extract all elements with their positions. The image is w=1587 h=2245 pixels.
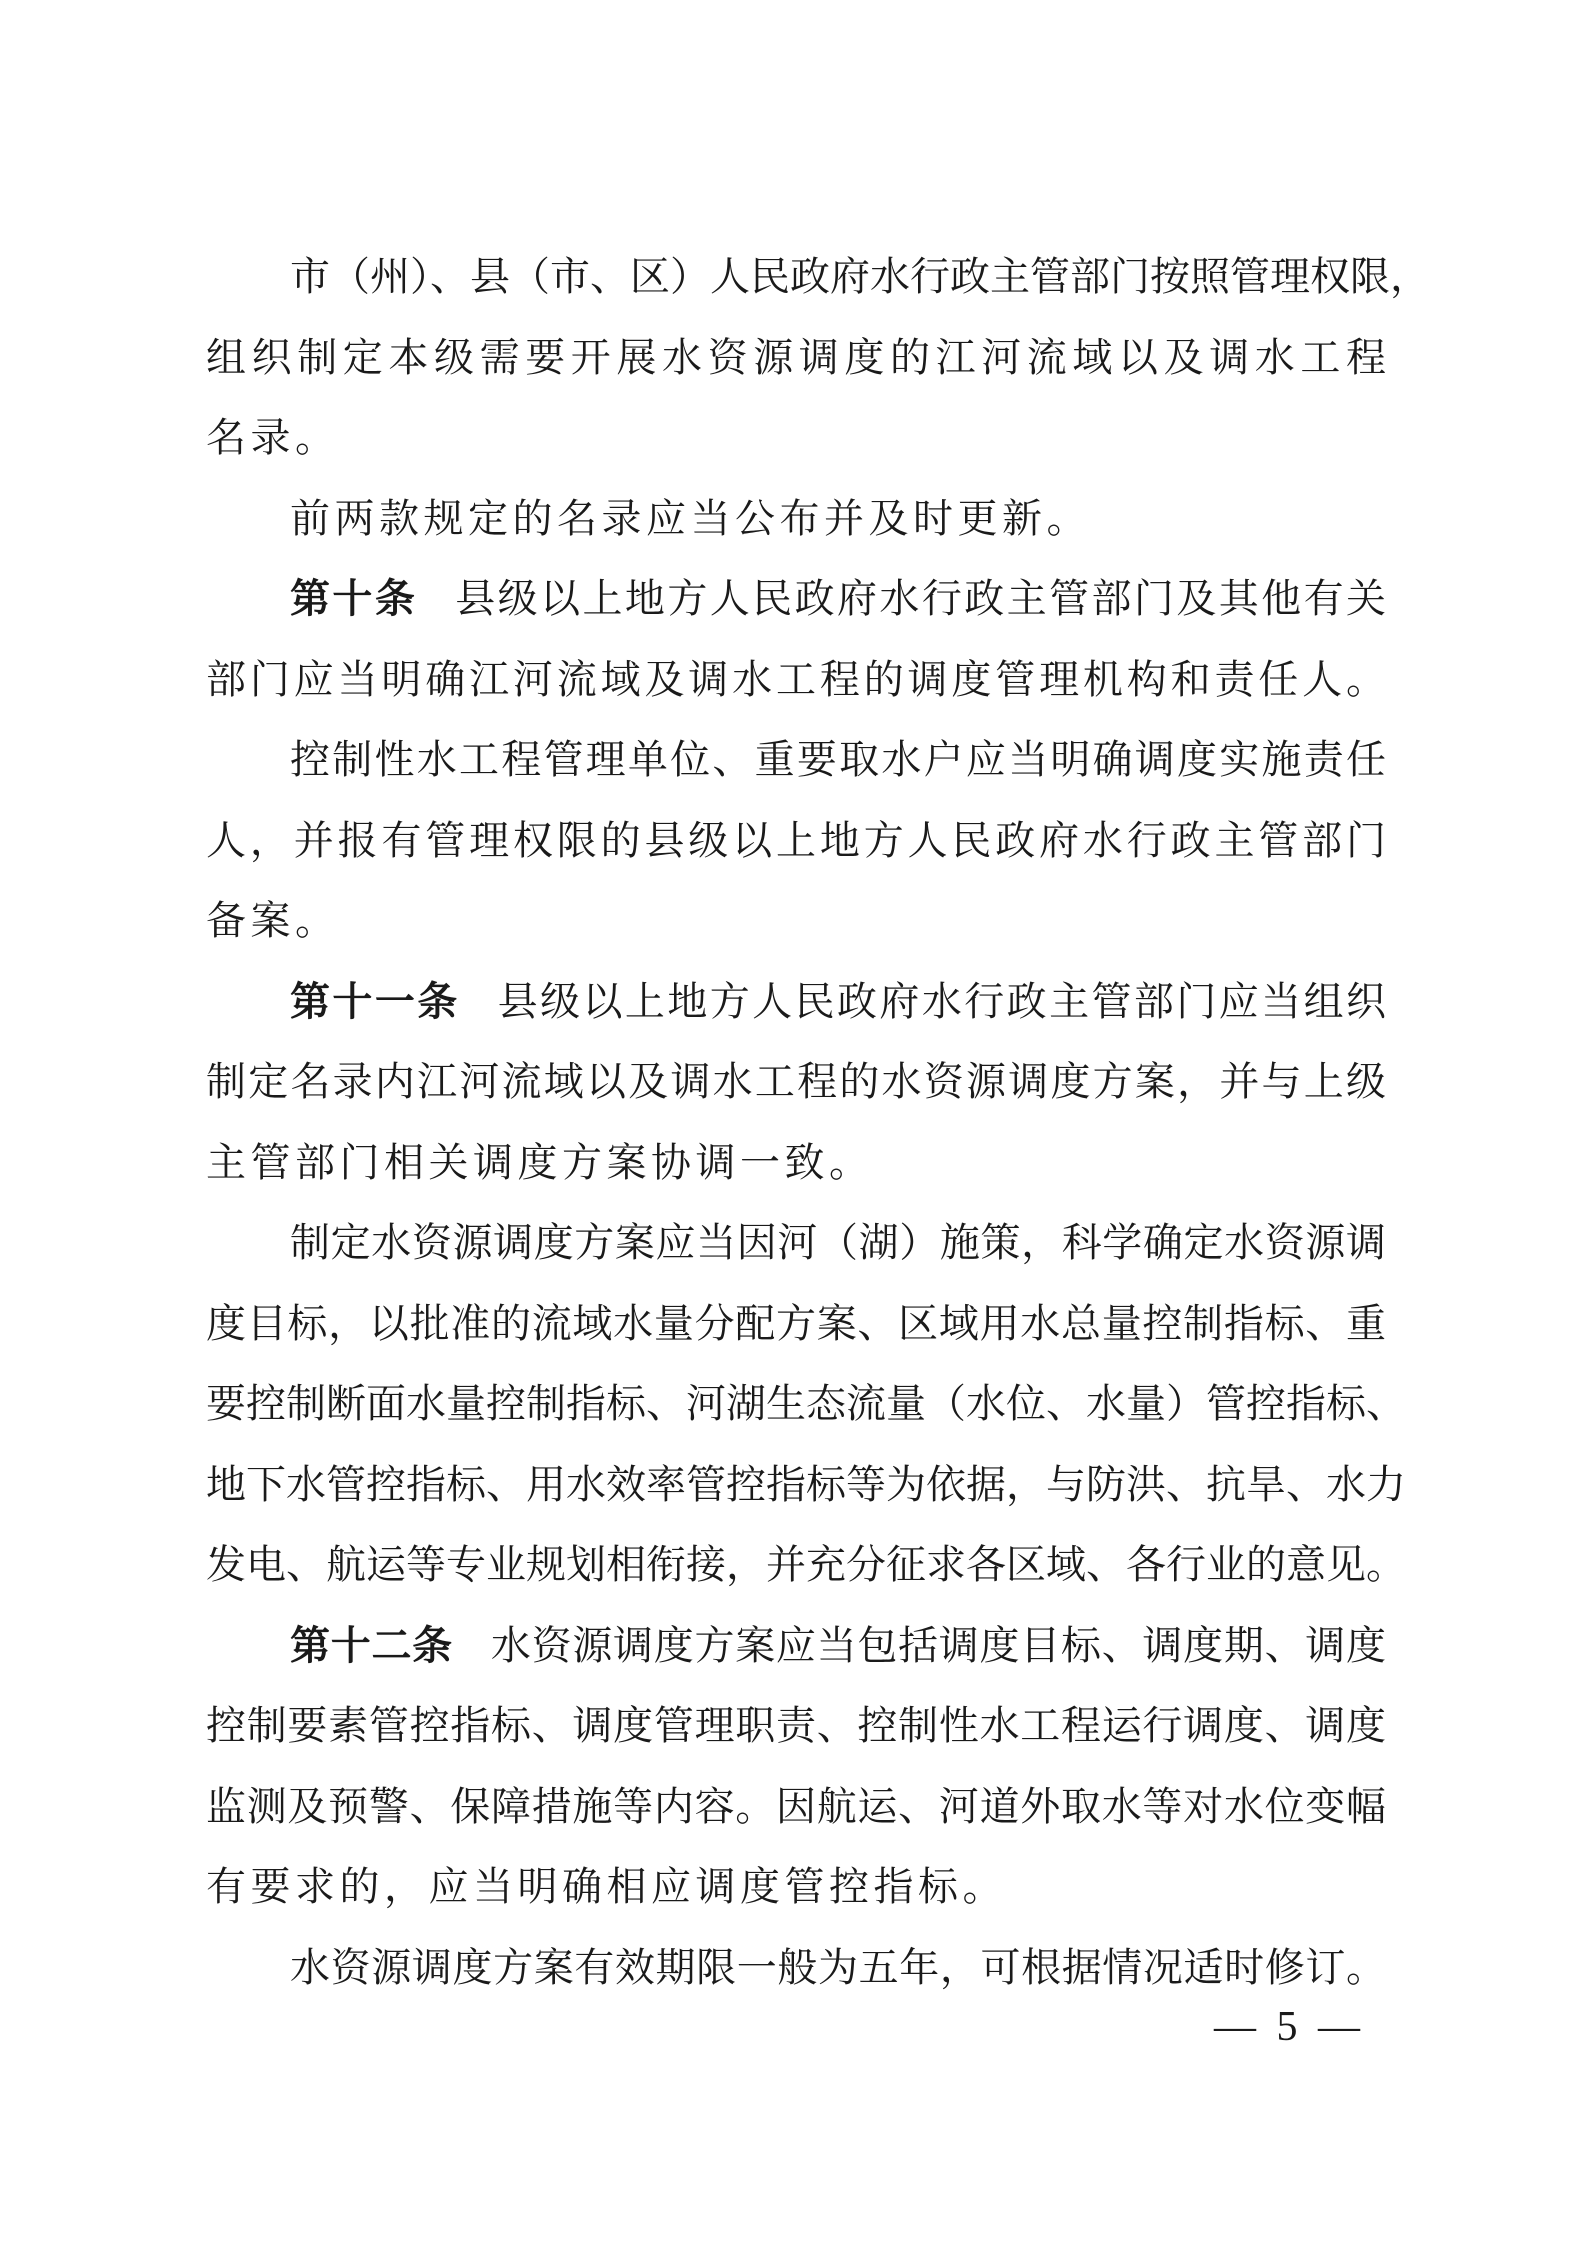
text-line: 名录。 xyxy=(206,398,1386,479)
text-line: 地下水管控指标、用水效率管控指标等为依据，与防洪、抗旱、水力 xyxy=(206,1445,1386,1526)
page-number: — 5 — xyxy=(1214,2003,1365,2051)
text-line: 控制性水工程管理单位、重要取水户应当明确调度实施责任 xyxy=(206,720,1386,801)
text-line: 前两款规定的名录应当公布并及时更新。 xyxy=(206,479,1386,560)
article-text: 水资源调度方案应当包括调度目标、调度期、调度 xyxy=(491,1623,1386,1668)
text-line: 制定水资源调度方案应当因河（湖）施策，科学确定水资源调 xyxy=(206,1203,1386,1284)
paragraph: 水资源调度方案有效期限一般为五年，可根据情况适时修订。 xyxy=(206,1928,1386,2009)
text-line: 水资源调度方案有效期限一般为五年，可根据情况适时修订。 xyxy=(206,1928,1386,2009)
paragraph: 控制性水工程管理单位、重要取水户应当明确调度实施责任 人，并报有管理权限的县级以… xyxy=(206,720,1386,962)
text-line: 第十条县级以上地方人民政府水行政主管部门及其他有关 xyxy=(206,559,1386,640)
paragraph-article-12: 第十二条水资源调度方案应当包括调度目标、调度期、调度 控制要素管控指标、调度管理… xyxy=(206,1606,1386,1928)
text-line: 部门应当明确江河流域及调水工程的调度管理机构和责任人。 xyxy=(206,640,1386,721)
text-line: 主管部门相关调度方案协调一致。 xyxy=(206,1123,1386,1204)
text-line: 要控制断面水量控制指标、河湖生态流量（水位、水量）管控指标、 xyxy=(206,1364,1386,1445)
article-number: 第十一条 xyxy=(290,980,460,1024)
text-line: 制定名录内江河流域以及调水工程的水资源调度方案，并与上级 xyxy=(206,1042,1386,1123)
text-line: 第十二条水资源调度方案应当包括调度目标、调度期、调度 xyxy=(206,1606,1386,1687)
text-line: 度目标，以批准的流域水量分配方案、区域用水总量控制指标、重 xyxy=(206,1284,1386,1365)
text-line: 市（州）、县（市、区）人民政府水行政主管部门按照管理权限， xyxy=(206,237,1386,318)
article-text: 县级以上地方人民政府水行政主管部门应当组织 xyxy=(498,979,1386,1024)
document-body: 市（州）、县（市、区）人民政府水行政主管部门按照管理权限， 组织制定本级需要开展… xyxy=(206,237,1386,2008)
text-line: 控制要素管控指标、调度管理职责、控制性水工程运行调度、调度 xyxy=(206,1686,1386,1767)
text-line: 备案。 xyxy=(206,881,1386,962)
text-line: 监测及预警、保障措施等内容。因航运、河道外取水等对水位变幅 xyxy=(206,1767,1386,1848)
text-line: 人，并报有管理权限的县级以上地方人民政府水行政主管部门 xyxy=(206,801,1386,882)
article-number: 第十二条 xyxy=(290,1624,453,1668)
text-line: 发电、航运等专业规划相衔接，并充分征求各区域、各行业的意见。 xyxy=(206,1525,1386,1606)
text-line: 组织制定本级需要开展水资源调度的江河流域以及调水工程 xyxy=(206,318,1386,399)
paragraph-article-11: 第十一条县级以上地方人民政府水行政主管部门应当组织 制定名录内江河流域以及调水工… xyxy=(206,962,1386,1204)
paragraph: 制定水资源调度方案应当因河（湖）施策，科学确定水资源调 度目标，以批准的流域水量… xyxy=(206,1203,1386,1606)
article-text: 县级以上地方人民政府水行政主管部门及其他有关 xyxy=(455,576,1386,621)
text-line: 第十一条县级以上地方人民政府水行政主管部门应当组织 xyxy=(206,962,1386,1043)
paragraph-article-10: 第十条县级以上地方人民政府水行政主管部门及其他有关 部门应当明确江河流域及调水工… xyxy=(206,559,1386,720)
document-page: 市（州）、县（市、区）人民政府水行政主管部门按照管理权限， 组织制定本级需要开展… xyxy=(0,0,1587,2245)
article-number: 第十条 xyxy=(290,577,417,621)
paragraph: 前两款规定的名录应当公布并及时更新。 xyxy=(206,479,1386,560)
text-line: 有要求的，应当明确相应调度管控指标。 xyxy=(206,1847,1386,1928)
paragraph: 市（州）、县（市、区）人民政府水行政主管部门按照管理权限， 组织制定本级需要开展… xyxy=(206,237,1386,479)
